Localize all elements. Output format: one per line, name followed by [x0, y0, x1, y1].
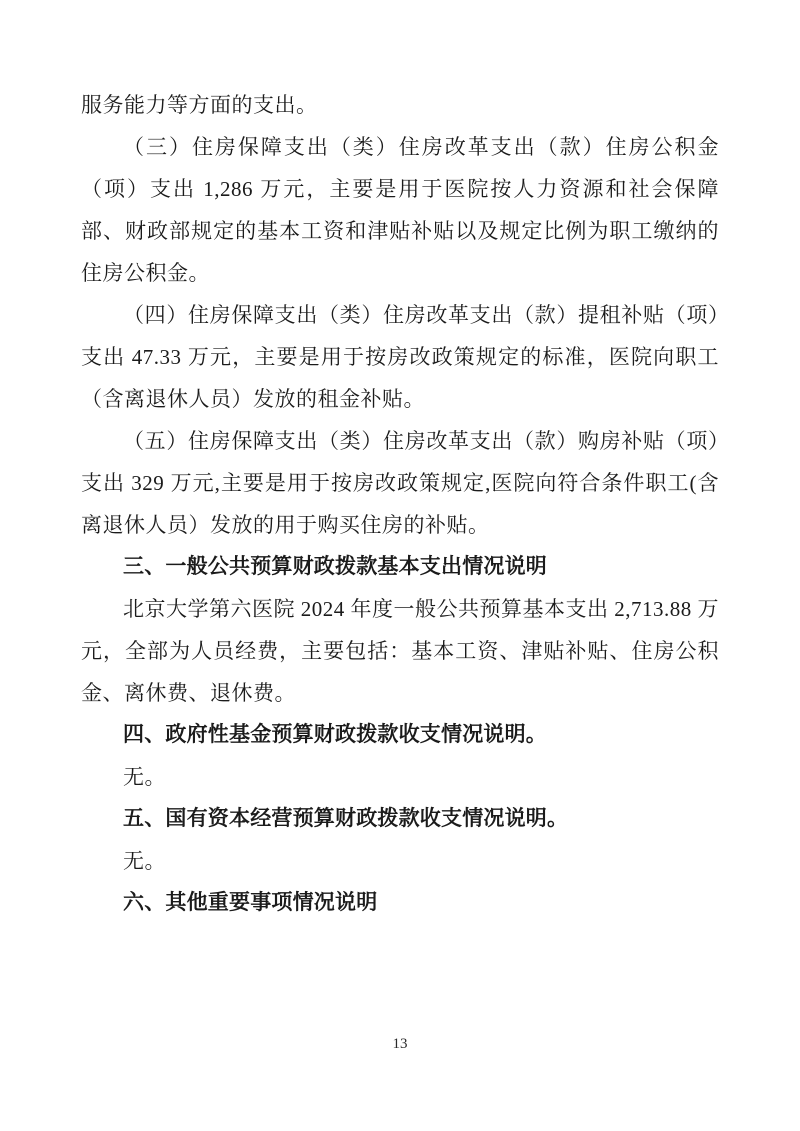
paragraph-none-1: 无。	[81, 756, 719, 798]
document-body: 服务能力等方面的支出。 （三）住房保障支出（类）住房改革支出（款）住房公积金（项…	[81, 84, 719, 924]
paragraph-item-5: （五）住房保障支出（类）住房改革支出（款）购房补贴（项）支出 329 万元,主要…	[81, 420, 719, 546]
document-page: 服务能力等方面的支出。 （三）住房保障支出（类）住房改革支出（款）住房公积金（项…	[0, 0, 800, 1131]
section-heading-6: 六、其他重要事项情况说明	[81, 882, 719, 924]
page-number: 13	[0, 1036, 800, 1053]
paragraph-none-2: 无。	[81, 840, 719, 882]
section-heading-4: 四、政府性基金预算财政拨款收支情况说明。	[81, 714, 719, 756]
section-heading-3: 三、一般公共预算财政拨款基本支出情况说明	[81, 546, 719, 588]
paragraph-continuation: 服务能力等方面的支出。	[81, 84, 719, 126]
paragraph-item-3: （三）住房保障支出（类）住房改革支出（款）住房公积金（项）支出 1,286 万元…	[81, 126, 719, 294]
paragraph-item-4: （四）住房保障支出（类）住房改革支出（款）提租补贴（项）支出 47.33 万元，…	[81, 294, 719, 420]
section-heading-5: 五、国有资本经营预算财政拨款收支情况说明。	[81, 798, 719, 840]
paragraph-basic-expenditure: 北京大学第六医院 2024 年度一般公共预算基本支出 2,713.88 万元，全…	[81, 588, 719, 714]
